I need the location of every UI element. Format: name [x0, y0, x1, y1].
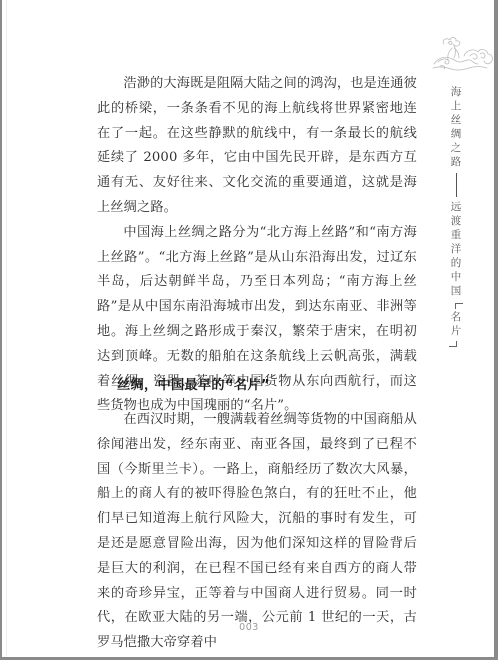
- side-subtitle-char: 国: [448, 285, 464, 299]
- side-subtitle-char: 名: [448, 311, 464, 325]
- section-text: 在西汉时期，一艘满载着丝绸等货物的中国商船从徐闻港出发，经东南亚、南亚各国，最终…: [97, 408, 417, 656]
- side-title-dash: [456, 173, 457, 197]
- side-title-char: 绸: [448, 128, 464, 142]
- page-number: 003: [0, 622, 498, 633]
- side-title-char: 之: [448, 142, 464, 156]
- side-title-char: 海: [448, 86, 464, 100]
- side-title-char: 丝: [448, 114, 464, 128]
- side-subtitle-char: 片: [448, 325, 464, 339]
- intro-text: 浩渺的大海既是阻隔大陆之间的鸿沟，也是连通彼此的桥梁，一条条看不见的海上航线将世…: [97, 72, 417, 419]
- side-subtitle-char: 中: [448, 271, 464, 285]
- side-title-char: 上: [448, 100, 464, 114]
- paragraph: 浩渺的大海既是阻隔大陆之间的鸿沟，也是连通彼此的桥梁，一条条看不见的海上航线将世…: [97, 72, 417, 221]
- side-title-char: 路: [448, 156, 464, 170]
- side-subtitle-char: 远: [448, 201, 464, 215]
- running-side-title: 海 上 丝 绸 之 路 远 渡 重 洋 的 中 国 名 片: [448, 86, 464, 347]
- side-subtitle-char: 重: [448, 229, 464, 243]
- cloud-ornament-icon: [432, 34, 494, 74]
- corner-bracket-open-icon: [455, 303, 463, 309]
- page-gutter-line: [6, 0, 7, 656]
- side-subtitle-char: 的: [448, 257, 464, 271]
- paragraph: 在西汉时期，一艘满载着丝绸等货物的中国商船从徐闻港出发，经东南亚、南亚各国，最终…: [97, 408, 417, 656]
- section-heading: 丝绸，中国最早的“名片”: [117, 375, 270, 397]
- corner-bracket-close-icon: [449, 341, 457, 347]
- side-subtitle-char: 洋: [448, 243, 464, 257]
- side-subtitle-char: 渡: [448, 215, 464, 229]
